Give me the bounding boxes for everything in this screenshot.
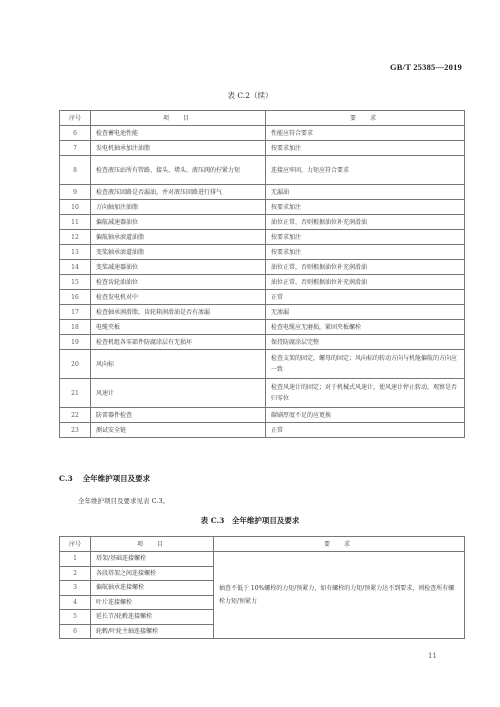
row-item: 防雷器件检查 <box>91 408 266 423</box>
row-num: 16 <box>60 290 91 305</box>
section-paragraph: 全年维护项目及要求见表 C.3。 <box>78 496 169 505</box>
row-item: 万向轴加注油脂 <box>91 200 266 215</box>
row-item: 变桨轴承滚道油脂 <box>91 245 266 260</box>
row-item: 检查液压回路是否漏油，并对液压回路进行排气 <box>91 185 266 200</box>
standard-code: GB/T 25385—2019 <box>390 62 462 72</box>
table-row: 20风向标检查支架的固定，螺母的固定；风向标的转动方向与机舱偏航的方向应一致 <box>60 350 465 379</box>
row-item: 偏航轴承滚道油脂 <box>91 230 266 245</box>
row-num: 12 <box>60 230 91 245</box>
row-req: 按要求加注 <box>266 245 465 260</box>
row-item: 测试安全链 <box>91 423 266 438</box>
row-num: 1 <box>60 552 91 567</box>
table-c3-caption: 表 C.3 全年维护项目及要求 <box>0 515 500 526</box>
merged-requirement: 抽查不低于 10%螺栓的力矩/预紧力，如有螺栓的力矩/预紧力达不到要求，则检查所… <box>214 552 465 639</box>
row-req: 无渗漏 <box>266 305 465 320</box>
row-item: 风速计 <box>91 379 266 408</box>
table-row: 23测试安全链正常 <box>60 423 465 438</box>
row-item: 延长节/轮毂连接螺栓 <box>91 610 214 625</box>
row-num: 21 <box>60 379 91 408</box>
row-num: 9 <box>60 185 91 200</box>
row-num: 5 <box>60 610 91 625</box>
table-row: 21风速计检查风速计的固定；对于机械式风速计，使风速计停止转动，观察是否归零位 <box>60 379 465 408</box>
table-row: 1 塔架/基础连接螺栓 抽查不低于 10%螺栓的力矩/预紧力，如有螺栓的力矩/预… <box>60 552 465 567</box>
header-num: 序号 <box>60 111 91 126</box>
header-item: 项 目 <box>91 537 214 552</box>
row-req: 连接应牢固，力矩应符合要求 <box>266 156 465 185</box>
row-req: 正常 <box>266 423 465 438</box>
row-req: 检查支架的固定，螺母的固定；风向标的转动方向与机舱偏航的方向应一致 <box>266 350 465 379</box>
row-req: 油位正常，否则根据油位补充润滑油 <box>266 275 465 290</box>
row-num: 8 <box>60 156 91 185</box>
header-req: 要 求 <box>214 537 465 552</box>
table-c2-caption: 表 C.2（续） <box>0 90 500 101</box>
row-item: 各段塔架之间连接螺栓 <box>91 566 214 581</box>
table-row: 12偏航轴承滚道油脂按要求加注 <box>60 230 465 245</box>
table-row: 16检查发电机对中正常 <box>60 290 465 305</box>
table-c3: 序号 项 目 要 求 1 塔架/基础连接螺栓 抽查不低于 10%螺栓的力矩/预紧… <box>59 536 465 639</box>
table-row: 13变桨轴承滚道油脂按要求加注 <box>60 245 465 260</box>
section-heading-c3: C.3全年维护项目及要求 <box>59 473 150 484</box>
table-row: 6检查蓄电池性能性能应符合要求 <box>60 126 465 141</box>
row-num: 6 <box>60 126 91 141</box>
row-num: 15 <box>60 275 91 290</box>
table-row: 8检查液压站所有管路、接头、堵头、液压阀的拧紧力矩连接应牢固，力矩应符合要求 <box>60 156 465 185</box>
row-req: 碳刷厚度不足的应更换 <box>266 408 465 423</box>
row-item: 偏航减速器油位 <box>91 215 266 230</box>
row-num: 11 <box>60 215 91 230</box>
row-item: 检查蓄电池性能 <box>91 126 266 141</box>
row-num: 14 <box>60 260 91 275</box>
page-number: 11 <box>428 652 437 660</box>
row-num: 7 <box>60 141 91 156</box>
row-req: 按要求加注 <box>266 230 465 245</box>
row-req: 检查风速计的固定；对于机械式风速计，使风速计停止转动，观察是否归零位 <box>266 379 465 408</box>
table-c2: 序号 项 目 要 求 6检查蓄电池性能性能应符合要求 7发电机轴承加注油脂按要求… <box>59 110 465 438</box>
header-req: 要 求 <box>266 111 465 126</box>
row-item: 检查液压站所有管路、接头、堵头、液压阀的拧紧力矩 <box>91 156 266 185</box>
header-item: 项 目 <box>91 111 266 126</box>
row-req: 按要求加注 <box>266 141 465 156</box>
row-num: 23 <box>60 423 91 438</box>
row-item: 电缆夹板 <box>91 320 266 335</box>
row-req: 正常 <box>266 290 465 305</box>
section-number: C.3 <box>59 474 73 483</box>
table-row: 7发电机轴承加注油脂按要求加注 <box>60 141 465 156</box>
table-row: 19检查机组各零部件防腐涂层有无损坏保持防腐涂层完整 <box>60 335 465 350</box>
row-item: 发电机轴承加注油脂 <box>91 141 266 156</box>
row-num: 19 <box>60 335 91 350</box>
row-num: 6 <box>60 624 91 639</box>
row-item: 叶片连接螺栓 <box>91 595 214 610</box>
section-title: 全年维护项目及要求 <box>83 474 151 483</box>
row-num: 4 <box>60 595 91 610</box>
table-row: 9检查液压回路是否漏油，并对液压回路进行排气无漏油 <box>60 185 465 200</box>
table-row: 17检查轴承润滑脂、齿轮箱润滑油是否有渗漏无渗漏 <box>60 305 465 320</box>
table-row: 22防雷器件检查碳刷厚度不足的应更换 <box>60 408 465 423</box>
row-req: 油位正常，否则根据油位补充润滑油 <box>266 215 465 230</box>
row-num: 10 <box>60 200 91 215</box>
row-num: 17 <box>60 305 91 320</box>
row-item: 检查轴承润滑脂、齿轮箱润滑油是否有渗漏 <box>91 305 266 320</box>
table-header-row: 序号 项 目 要 求 <box>60 537 465 552</box>
row-num: 22 <box>60 408 91 423</box>
row-req: 性能应符合要求 <box>266 126 465 141</box>
row-item: 检查机组各零部件防腐涂层有无损坏 <box>91 335 266 350</box>
row-req: 油位正常，否则根据油位补充润滑油 <box>266 260 465 275</box>
table-row: 11偏航减速器油位油位正常，否则根据油位补充润滑油 <box>60 215 465 230</box>
row-item: 轮毂/叶轮主轴连接螺栓 <box>91 624 214 639</box>
row-item: 检查齿轮油油位 <box>91 275 266 290</box>
row-num: 3 <box>60 581 91 596</box>
row-item: 风向标 <box>91 350 266 379</box>
row-item: 塔架/基础连接螺栓 <box>91 552 214 567</box>
table-row: 15检查齿轮油油位油位正常，否则根据油位补充润滑油 <box>60 275 465 290</box>
row-req: 保持防腐涂层完整 <box>266 335 465 350</box>
row-num: 20 <box>60 350 91 379</box>
header-num: 序号 <box>60 537 91 552</box>
row-req: 按要求加注 <box>266 200 465 215</box>
row-item: 变桨减速器油位 <box>91 260 266 275</box>
table-header-row: 序号 项 目 要 求 <box>60 111 465 126</box>
row-num: 18 <box>60 320 91 335</box>
table-row: 14变桨减速器油位油位正常，否则根据油位补充润滑油 <box>60 260 465 275</box>
table-row: 10万向轴加注油脂按要求加注 <box>60 200 465 215</box>
row-item: 检查发电机对中 <box>91 290 266 305</box>
row-req: 检查电缆应无磨损，紧固夹板螺栓 <box>266 320 465 335</box>
row-num: 13 <box>60 245 91 260</box>
table-row: 18电缆夹板检查电缆应无磨损，紧固夹板螺栓 <box>60 320 465 335</box>
row-req: 无漏油 <box>266 185 465 200</box>
row-item: 偏航轴承连接螺栓 <box>91 581 214 596</box>
row-num: 2 <box>60 566 91 581</box>
